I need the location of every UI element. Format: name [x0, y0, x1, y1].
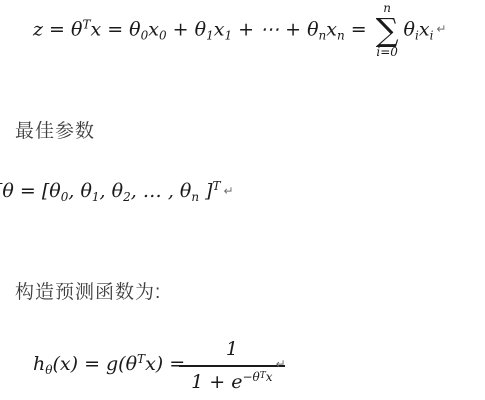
- exponent: −θTx: [243, 370, 273, 384]
- paragraph-return-icon: ↵: [276, 357, 286, 371]
- math-token: x: [148, 18, 159, 40]
- paragraph-return-icon: ↵: [436, 22, 446, 36]
- subscript-i: i: [430, 28, 434, 42]
- math-token: −θ: [243, 370, 260, 384]
- superscript-T: T: [213, 179, 221, 193]
- math-token: ]: [199, 180, 212, 202]
- paragraph-best-parameters: 最佳参数: [15, 116, 95, 143]
- formula-linear-combination: z = θTx = θ0x0 + θ1x1 + ⋯ + θnxn = n∑i=0…: [33, 2, 446, 59]
- summation-lower-limit: i=0: [376, 46, 398, 59]
- math-token: 1 + e: [191, 371, 242, 393]
- math-token: θ = [θ: [2, 180, 60, 202]
- math-token: , θ: [100, 180, 124, 202]
- formula-sigmoid-hypothesis: hθ(x) = g(θTx) =11 + e−θTx↵: [33, 336, 286, 394]
- subscript-1: 1: [206, 28, 214, 42]
- math-token: =: [345, 18, 373, 40]
- math-token: x: [266, 370, 273, 384]
- math-token: x: [326, 18, 337, 40]
- math-token: + ⋯ + θ: [232, 18, 318, 40]
- summation-symbol: n∑i=0: [376, 2, 399, 59]
- subscript-0: 0: [159, 28, 167, 42]
- subscript-1: 1: [92, 190, 100, 204]
- math-token: z = θ: [33, 18, 82, 40]
- math-token: , … , θ: [131, 180, 192, 202]
- paragraph-return-icon: ↵: [224, 184, 234, 198]
- formula-theta-vector: [θ = [θ0, θ1, θ2, … , θn ]T↵: [0, 180, 234, 203]
- math-token: h: [33, 353, 45, 375]
- subscript-n: n: [337, 28, 345, 42]
- paragraph-construct-prediction: 构造预测函数为:: [15, 277, 161, 304]
- math-token: , θ: [68, 180, 92, 202]
- math-token: θ: [404, 18, 415, 40]
- sigma-icon: ∑: [376, 15, 399, 45]
- math-token: x: [419, 18, 430, 40]
- document-canvas: z = θTx = θ0x0 + θ1x1 + ⋯ + θnxn = n∑i=0…: [0, 0, 485, 400]
- math-token: x: [214, 18, 225, 40]
- superscript-T: T: [137, 352, 145, 366]
- fraction-numerator: 1: [226, 336, 238, 365]
- subscript-1: 1: [224, 28, 232, 42]
- math-token: + θ: [167, 18, 206, 40]
- fraction: 11 + e−θTx: [191, 336, 272, 394]
- fraction-denominator: 1 + e−θTx: [191, 367, 272, 394]
- math-token: x) =: [145, 353, 185, 375]
- math-token: (x) = g(θ: [52, 353, 137, 375]
- subscript-n: n: [191, 190, 199, 204]
- subscript-2: 2: [123, 190, 131, 204]
- math-token: x = θ: [90, 18, 140, 40]
